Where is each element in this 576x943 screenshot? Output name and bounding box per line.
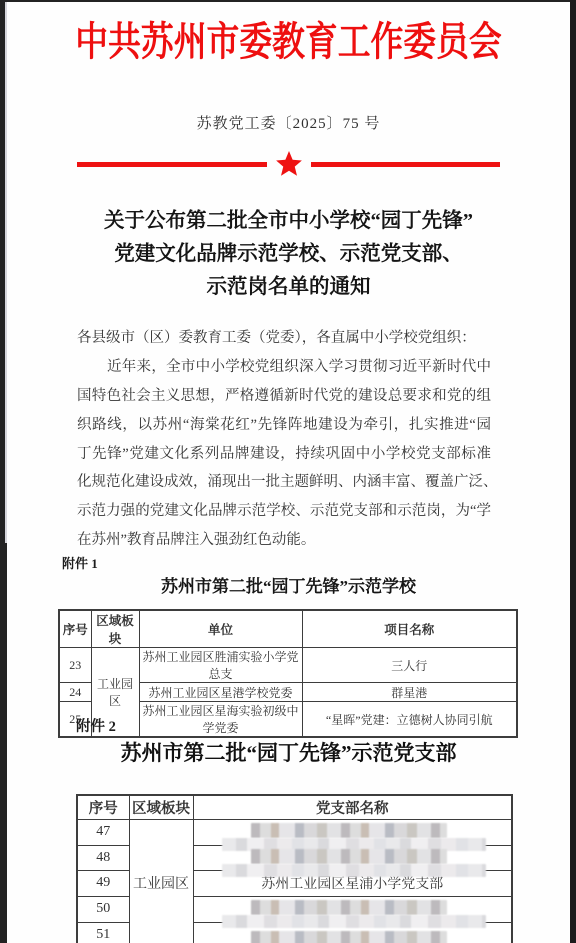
table-header-row: 序号 区域板块 党支部名称 [77,795,512,819]
red-divider [77,150,500,178]
redaction-blur [194,820,512,845]
table-row: 47 工业园区 [77,819,512,845]
body-line: 近年来，全市中小学校党组织深入学习贯彻习近平新时代中 [77,353,491,382]
cell-seq: 48 [77,845,129,870]
col-header-seq: 序号 [59,610,91,648]
cell-seq: 50 [77,896,129,922]
cell-seq: 47 [77,819,129,845]
cell-seq: 23 [59,648,91,683]
cell-project: “星晖”党建：立德树人协同引航 [302,702,517,738]
cell-unit: 苏州工业园区星海实验初级中学党委 [139,702,302,738]
doc-body: 各县级市（区）委教育工委（党委），各直属中小学校党组织： 近年来，全市中小学校党… [77,324,491,555]
body-line: 化规范化建设成效，涌现出一批主题鲜明、内涵丰富、覆盖广泛、 [77,468,491,497]
attachment1-label: 附件 1 [62,553,98,572]
col-header-project: 项目名称 [302,610,517,648]
doc-title-line: 党建文化品牌示范学校、示范党支部、 [7,238,570,271]
col-header-region: 区域板块 [129,795,193,819]
attachment1-title: 苏州市第二批“园丁先锋”示范学校 [7,572,570,597]
table-header-row: 序号 区域板块 单位 项目名称 [59,610,517,648]
cell-unit: 苏州工业园区胜浦实验小学党总支 [139,648,302,683]
cell-branch-redacted [193,845,512,870]
doc-title-line: 示范岗名单的通知 [7,271,570,304]
body-line: 织路线，以苏州“海棠花红”先锋阵地建设为牵引，扎实推进“园 [77,411,491,440]
col-header-region: 区域板块 [91,610,139,648]
attachment2-title: 苏州市第二批“园丁先锋”示范党支部 [7,737,570,767]
red-divider-left [77,162,267,167]
redaction-stripe [222,864,486,877]
attachment2-table: 序号 区域板块 党支部名称 47 工业园区 48 4 [76,794,513,943]
attachment1-table: 序号 区域板块 单位 项目名称 23 工业园区 苏州工业园区胜浦实验小学党总支 … [58,609,518,738]
doc-title-line: 关于公布第二批全市中小学校“园丁先锋” [7,205,570,238]
attachment2-label: 附件 2 [76,715,116,736]
cell-project: 群星港 [302,683,517,702]
cell-branch-redacted [193,922,512,943]
cell-branch-redacted [193,819,512,845]
cell-region: 工业园区 [129,819,193,943]
org-header-title: 中共苏州市委教育工作委员会 [58,19,520,65]
redaction-stripe [251,931,448,943]
redaction-blur [194,846,512,870]
redaction-stripe [251,849,448,864]
cell-project: 三人行 [302,648,517,683]
redaction-stripe [251,900,448,915]
doc-title: 关于公布第二批全市中小学校“园丁先锋” 党建文化品牌示范学校、示范党支部、 示范… [7,205,570,304]
doc-number: 苏教党工委〔2025〕75 号 [7,112,570,133]
redaction-blur [194,897,512,922]
document-viewer: { "colors": { "accent_red": "#ee1212", "… [0,0,576,943]
document-page: 中共苏州市委教育工作委员会 苏教党工委〔2025〕75 号 关于公布第二批全市中… [7,2,570,943]
body-line: 在苏州”教育品牌注入强劲红色动能。 [77,526,491,555]
redaction-stripe [251,823,448,838]
body-line: 丁先锋”党建文化系列品牌建设，持续巩固中小学校党支部标准 [77,440,491,469]
cell-seq: 24 [59,683,91,702]
star-icon [273,149,305,179]
cell-seq: 51 [77,922,129,943]
viewer-right-edge [570,0,576,943]
salutation: 各县级市（区）委教育工委（党委），各直属中小学校党组织： [77,324,491,353]
col-header-seq: 序号 [77,795,129,819]
col-header-unit: 单位 [139,610,302,648]
cell-unit: 苏州工业园区星港学校党委 [139,683,302,702]
table-row: 23 工业园区 苏州工业园区胜浦实验小学党总支 三人行 [59,648,517,683]
body-line: 示范力强的党建文化品牌示范学校、示范党支部和示范岗，为“学 [77,497,491,526]
cell-branch-redacted [193,896,512,922]
body-line: 国特色社会主义思想，严格遵循新时代党的建设总要求和党的组 [77,382,491,411]
red-divider-right [311,162,501,167]
cell-seq: 49 [77,870,129,896]
redaction-blur [194,923,512,943]
col-header-branch: 党支部名称 [193,795,512,819]
